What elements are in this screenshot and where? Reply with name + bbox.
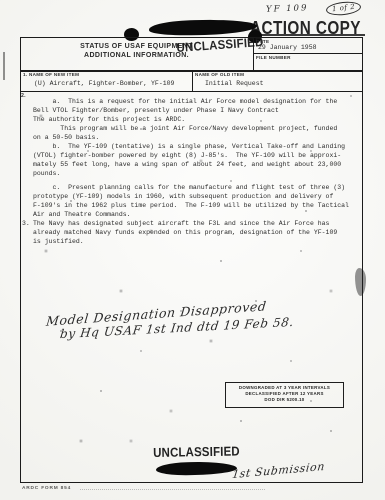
old-item-value: Initial Request bbox=[205, 79, 264, 88]
form-number: ARDC FORM 854 bbox=[22, 486, 71, 491]
action-copy-stamp: ACTION COPY bbox=[250, 18, 361, 39]
file-number-label: FILE NUMBER bbox=[256, 55, 291, 60]
action-copy-underline bbox=[255, 34, 365, 36]
paragraph-c: c. Present planning calls for the manufa… bbox=[33, 183, 349, 219]
redaction-blob bbox=[149, 19, 257, 36]
downgrade-stamp-line3: DOD DIR 5200.10 bbox=[226, 397, 343, 403]
section2-label: 2. bbox=[21, 93, 26, 99]
unclassified-stamp-bottom: UNCLASSIFIED bbox=[153, 443, 240, 460]
footer-faded-text bbox=[80, 489, 265, 490]
paragraph-b: b. The YF-109 (tentative) is a single ph… bbox=[33, 142, 345, 178]
paragraph-3: The Navy has designated subject aircraft… bbox=[33, 219, 337, 246]
scan-speckles bbox=[0, 0, 2, 2]
divider-name-bottom bbox=[20, 91, 362, 92]
divider-name-vertical bbox=[192, 70, 193, 91]
divider-date-file bbox=[253, 53, 362, 54]
new-item-label: 1. NAME OF NEW ITEM bbox=[23, 72, 79, 77]
section3-label: 3. bbox=[22, 219, 30, 228]
scan-edge-mark bbox=[3, 52, 5, 80]
paragraph-a: a. This is a request for the initial Air… bbox=[33, 97, 337, 142]
downgrade-stamp-box: DOWNGRADED AT 3 YEAR INTERVALS DECLASSIF… bbox=[225, 382, 344, 408]
handwritten-circled-note: 1 of 2 bbox=[325, 0, 361, 17]
new-item-value: (U) Aircraft, Fighter-Bomber, YF-109 bbox=[34, 79, 174, 88]
form-title-line2: ADDITIONAL INFORMATION. bbox=[20, 52, 253, 61]
date-value: 29 January 1958 bbox=[258, 43, 317, 52]
scanned-document-page: YF 109 1 of 2 ACTION COPY STATUS OF USAF… bbox=[0, 0, 385, 500]
old-item-label: NAME OF OLD ITEM bbox=[195, 72, 244, 77]
handwritten-code: YF 109 bbox=[266, 3, 309, 14]
